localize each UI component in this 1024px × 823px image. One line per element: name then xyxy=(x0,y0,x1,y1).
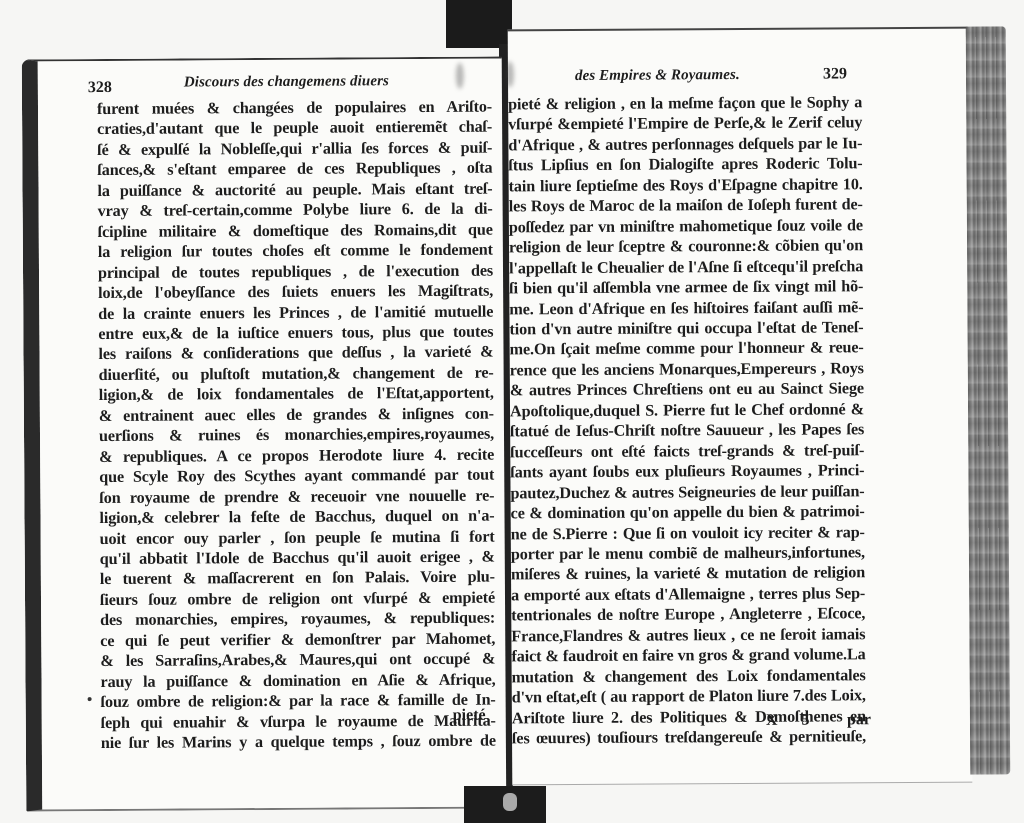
text-line: ſon royaume de prendre & receuoir vne no… xyxy=(99,485,494,508)
text-line: me.On ſçait meſme comme pour l'honneur &… xyxy=(510,338,864,361)
text-line: pautez,Duchez & autres Seigneuries de le… xyxy=(510,481,864,504)
text-line: & autres Princes Chreſtiens ont eu au Sa… xyxy=(510,379,864,402)
text-line: qu'il abbatit l'Idole de Bacchus qu'il a… xyxy=(100,547,495,570)
text-line: poſſedez par vn miniſtre mahometique ſou… xyxy=(509,215,863,238)
body-text-left: furent muées & changées de populaires en… xyxy=(97,97,496,754)
binding-strap-top xyxy=(446,0,512,48)
text-line: & entrainent auec elles de grandes & inſ… xyxy=(99,403,494,426)
text-line: l'appellaſt le Cheualier de l'Aſne ſi eſ… xyxy=(509,256,863,279)
text-line: rauy la puiſſance & domination en Aſie &… xyxy=(100,669,495,692)
text-line: diuerſité, ou pluſtoſt mutation,& change… xyxy=(99,362,494,385)
text-line: la religion ſur toutes choſes eſt comme … xyxy=(98,240,493,263)
text-line: d'vn eſtat,eſt ( au rapport de Platon li… xyxy=(512,685,866,708)
text-line: ligion,& de loix fondamentales de l'Eſta… xyxy=(99,383,494,406)
text-line: de la crainte enuers les Princes , de l'… xyxy=(98,301,493,324)
text-line: ſcipline militaire & domeſtique des Roma… xyxy=(98,219,493,242)
text-line: ce & domination qu'on appelle du bien & … xyxy=(511,501,865,524)
signature-mark: X 5 xyxy=(766,712,820,730)
text-line: ſances,& s'eſtant emparee de ces Republi… xyxy=(97,158,492,181)
text-line: les raiſons & conſiderations que deſſus … xyxy=(98,342,493,365)
ink-smudge xyxy=(456,63,464,89)
page-number-left: 328 xyxy=(88,79,112,97)
text-line: me. Leon d'Afrique en ſes hiſtoires faiſ… xyxy=(509,297,863,320)
text-line: nie ſur les Marins y a quelque temps , ſ… xyxy=(101,731,496,754)
text-line: loix,de l'obeyſſance des ſuiets enuers l… xyxy=(98,281,493,304)
text-line: rence que les anciens Monarques,Empereur… xyxy=(510,358,864,381)
text-line: ſucceſſeurs ont eſté faicts treſ-grands … xyxy=(510,440,864,463)
text-line: ſieurs ſouz ombre de religion ont vſurpé… xyxy=(100,587,495,610)
text-line: porter par le menu combiẽ de malheurs,in… xyxy=(511,542,865,565)
text-line: principal de toutes republiques , de l'e… xyxy=(98,260,493,283)
binding-clip xyxy=(503,793,517,811)
text-line: ne de S.Pierre : Que ſi on vouloit icy r… xyxy=(511,522,865,545)
text-line: religion de leur ſceptre & couronne:& cõ… xyxy=(509,235,863,258)
text-line: ſants ayant ſoubs eux pluſieurs Royaumes… xyxy=(510,460,864,483)
text-line: ligion,& celebrer la feſte de Bacchus, d… xyxy=(99,506,494,529)
text-line: mutation & changement des Loix fondament… xyxy=(512,665,866,688)
text-line: d'Afrique , & autres perſonnages deſquel… xyxy=(508,133,862,156)
text-line: faict & faudroit en faire vn gros & gran… xyxy=(511,644,865,667)
text-line: ſtatué de Ieſus-Chriſt noſtre Sauueur , … xyxy=(510,419,864,442)
text-line: uerſions & ruines és monarchies,empires,… xyxy=(99,424,494,447)
page-number-right: 329 xyxy=(823,65,847,83)
text-line: ſeph qui enuahir & vſurpa le royaume de … xyxy=(101,710,496,733)
text-line: les Roys de Maroc de la maiſon de Ioſeph… xyxy=(509,195,863,218)
ink-speck xyxy=(88,697,92,701)
text-line: ſouz ombre de religion:& par la race & f… xyxy=(101,690,496,713)
body-text-right: pieté & religion , en la meſme façon que… xyxy=(508,92,866,749)
text-line: pieté & religion , en la meſme façon que… xyxy=(508,92,862,115)
catchword-right: par xyxy=(847,711,871,729)
text-line: furent muées & changées de populaires en… xyxy=(97,97,492,120)
text-line: la puiſſance & auctorité au peuple. Mais… xyxy=(97,178,492,201)
text-line: Apoſtolique,duquel S. Pierre fut le Chef… xyxy=(510,399,864,422)
text-line: ce qui ſe peut verifier & demonſtrer par… xyxy=(100,628,495,651)
text-line: entre eux,& de la iuſtice enuers tous, p… xyxy=(98,322,493,345)
text-line: tion d'vn autre miniſtre qui occupa l'eſ… xyxy=(509,317,863,340)
text-line: craties,d'autant que le peuple auoit ent… xyxy=(97,117,492,140)
text-line: tentrionales de noſtre Europe , Angleter… xyxy=(511,604,865,627)
ink-smudge xyxy=(506,61,514,87)
text-line: a emporté aux eſtats d'Allemaigne , terr… xyxy=(511,583,865,606)
text-line: vray & treſ-certain,comme Polybe liure 6… xyxy=(98,199,493,222)
running-head-left: Discours des changemens diuers xyxy=(184,73,389,91)
text-line: tain liure ſeptieſme des Roys d'Eſpagne … xyxy=(509,174,863,197)
text-line: ſtus Lipſius en ſon Dialogiſte apres Rod… xyxy=(508,154,862,177)
text-line: ſé & expulſé la Nobleſſe,qui r'allia ſes… xyxy=(97,138,492,161)
text-line: que Scyle Roy des Scythes ayant commandé… xyxy=(99,465,494,488)
right-page: des Empires & Royaumes. 329 pieté & reli… xyxy=(508,27,973,786)
text-line: & republiques. A ce propos Herodote liur… xyxy=(99,444,494,467)
text-line: ſi bien qu'il aſſembla vne armee de ſix … xyxy=(509,276,863,299)
running-head-right: des Empires & Royaumes. xyxy=(575,67,740,85)
text-line: & les Sarraſins,Arabes,& Maures,qui ont … xyxy=(100,649,495,672)
text-line: France,Flandres & autres lieux , ce ne ſ… xyxy=(511,624,865,647)
text-line: vſurpé &empieté l'Empire de Perſe,& le Z… xyxy=(508,113,862,136)
catchword-left: pieté xyxy=(453,707,486,725)
text-line: uoit encor ouy parler , ſon peuple ſe mu… xyxy=(100,526,495,549)
text-line: miſeres & ruines, la varieté & mutation … xyxy=(511,563,865,586)
page-fore-edge xyxy=(966,26,1011,774)
text-line: ſes œuures) touſiours treſdangereuſe & p… xyxy=(512,726,866,749)
text-line: des monarchies, empires, royaumes, & rep… xyxy=(100,608,495,631)
left-page: 328 Discours des changemens diuers furen… xyxy=(22,57,507,812)
text-line: le tuerent & maſſacrerent en ſon Palais.… xyxy=(100,567,495,590)
